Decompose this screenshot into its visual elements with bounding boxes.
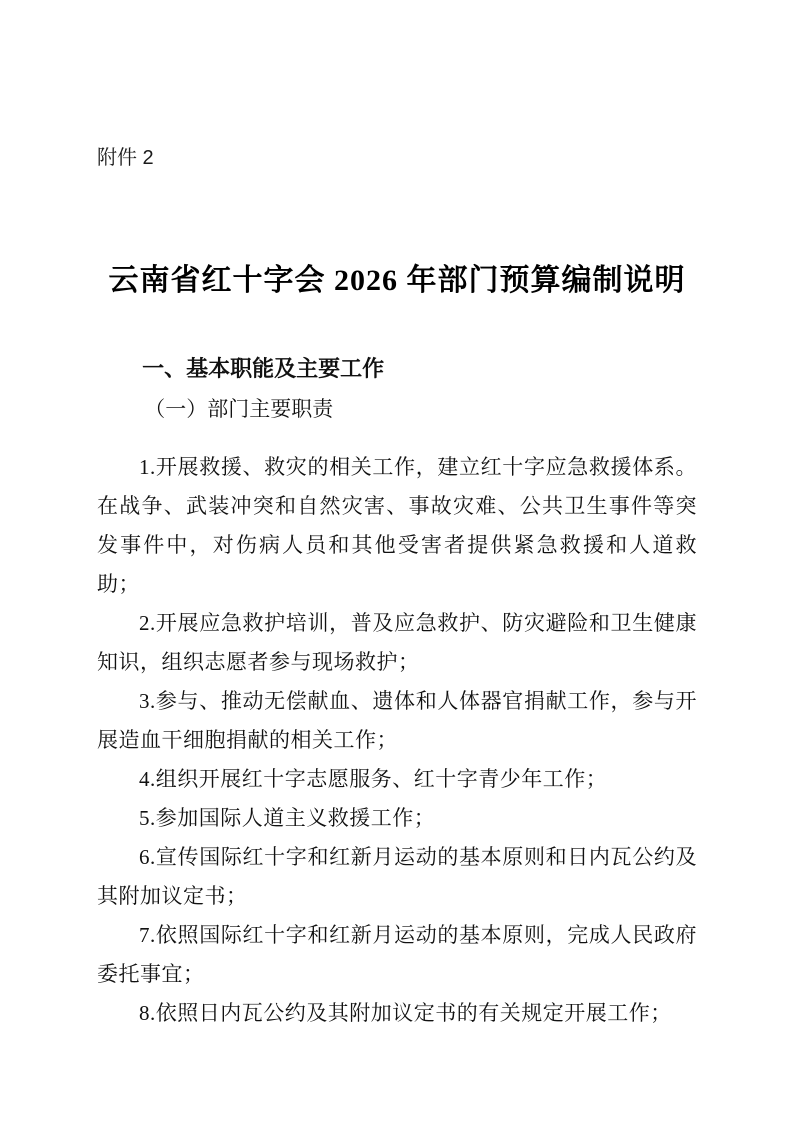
document-page: 附件 2 云南省红十字会 2026 年部门预算编制说明 一、基本职能及主要工作 … — [0, 0, 793, 1122]
document-title: 云南省红十字会 2026 年部门预算编制说明 — [97, 264, 697, 298]
sub-heading: （一）部门主要职责 — [97, 396, 697, 422]
section-heading: 一、基本职能及主要工作 — [97, 356, 697, 382]
duty-item-1: 1.开展救援、救灾的相关工作，建立红十字应急救援体系。在战争、武装冲突和自然灾害… — [97, 448, 697, 604]
duty-item-7: 7.依照国际红十字和红新月运动的基本原则，完成人民政府委托事宜； — [97, 916, 697, 994]
body-text: 1.开展救援、救灾的相关工作，建立红十字应急救援体系。在战争、武装冲突和自然灾害… — [97, 448, 697, 1033]
duty-item-4: 4.组织开展红十字志愿服务、红十字青少年工作； — [97, 760, 697, 799]
duty-item-5: 5.参加国际人道主义救援工作； — [97, 799, 697, 838]
duty-item-3: 3.参与、推动无偿献血、遗体和人体器官捐献工作，参与开展造血干细胞捐献的相关工作… — [97, 682, 697, 760]
duty-item-8: 8.依照日内瓦公约及其附加议定书的有关规定开展工作； — [97, 994, 697, 1033]
duty-item-6: 6.宣传国际红十字和红新月运动的基本原则和日内瓦公约及其附加议定书； — [97, 838, 697, 916]
attachment-label: 附件 2 — [97, 146, 697, 170]
duty-item-2: 2.开展应急救护培训，普及应急救护、防灾避险和卫生健康知识，组织志愿者参与现场救… — [97, 604, 697, 682]
